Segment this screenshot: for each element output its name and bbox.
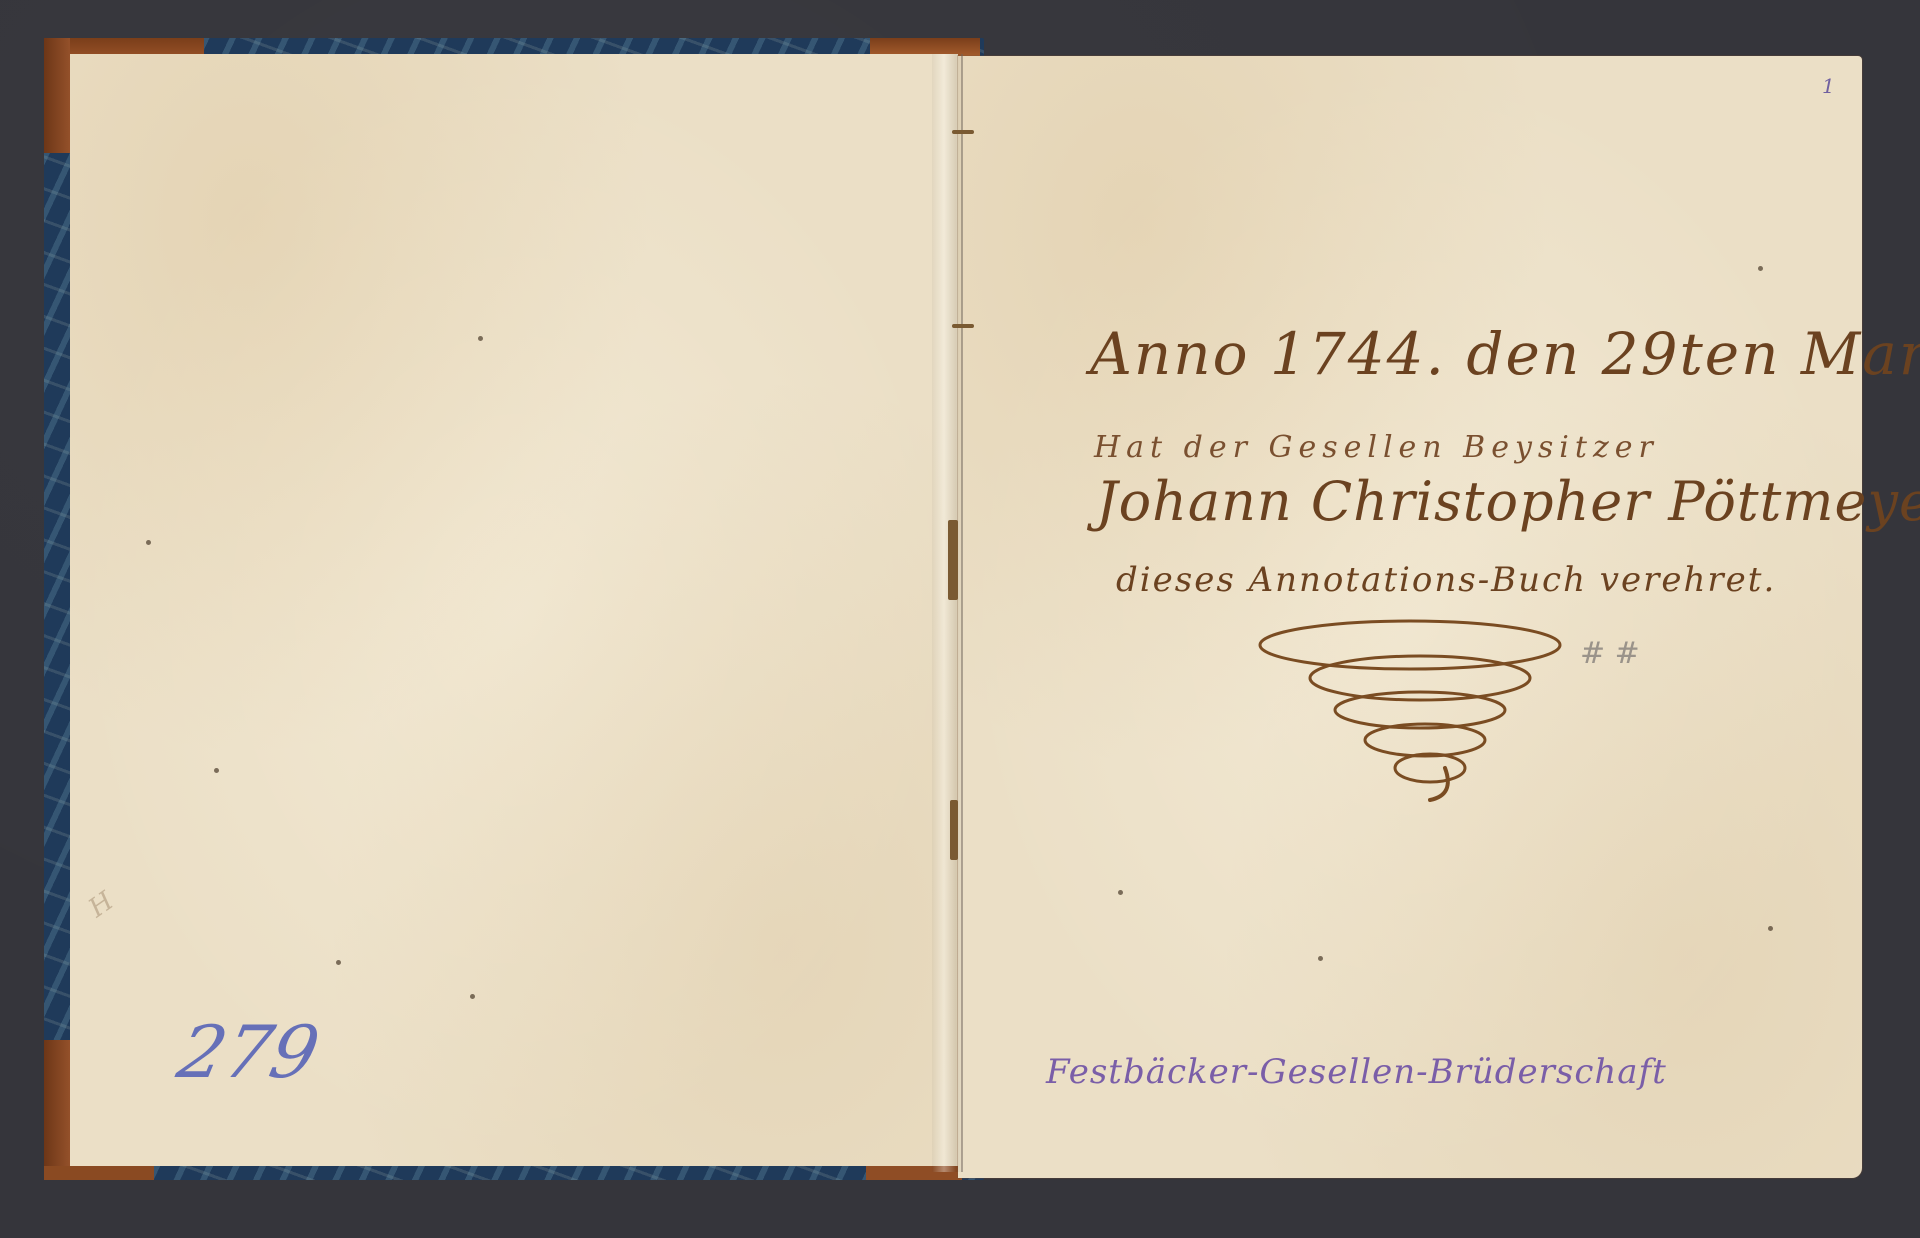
binding-stitch	[952, 130, 974, 134]
book-gutter	[932, 54, 962, 1172]
binding-stitch	[950, 800, 958, 860]
ink-spot	[1768, 926, 1773, 931]
page-number: 1	[1822, 74, 1835, 98]
title-line-date: Anno 1744. den 29ten Martii	[1090, 320, 1920, 388]
leather-edge-bottom-left	[44, 1040, 70, 1180]
ink-spot	[336, 960, 341, 965]
ink-spot	[146, 540, 151, 545]
title-line-donor-name: Johann Christopher Pöttmeyer	[1096, 470, 1920, 533]
ink-spot	[1318, 956, 1323, 961]
ink-spot	[214, 768, 219, 773]
leather-corner-bottom-left	[44, 1166, 154, 1180]
calligraphic-flourish-icon	[1240, 610, 1580, 810]
fold-line	[961, 54, 963, 1172]
binding-stitch	[948, 520, 958, 600]
title-line-dedication: dieses Annotations-Buch verehret.	[1116, 560, 1776, 600]
ink-spot	[1118, 890, 1123, 895]
ink-spot	[1758, 266, 1763, 271]
left-page	[70, 54, 958, 1166]
leather-edge-top-left	[44, 38, 70, 153]
title-line-donor-role: Hat der Gesellen Beysitzer	[1094, 430, 1659, 465]
ink-spot	[470, 994, 475, 999]
archive-note-purple: Festbäcker-Gesellen-Brüderschaft	[1046, 1052, 1667, 1092]
shelfmark-number: 279	[171, 1010, 326, 1094]
pencil-annotation: # #	[1580, 636, 1640, 671]
ink-spot	[478, 336, 483, 341]
binding-stitch	[952, 324, 974, 328]
